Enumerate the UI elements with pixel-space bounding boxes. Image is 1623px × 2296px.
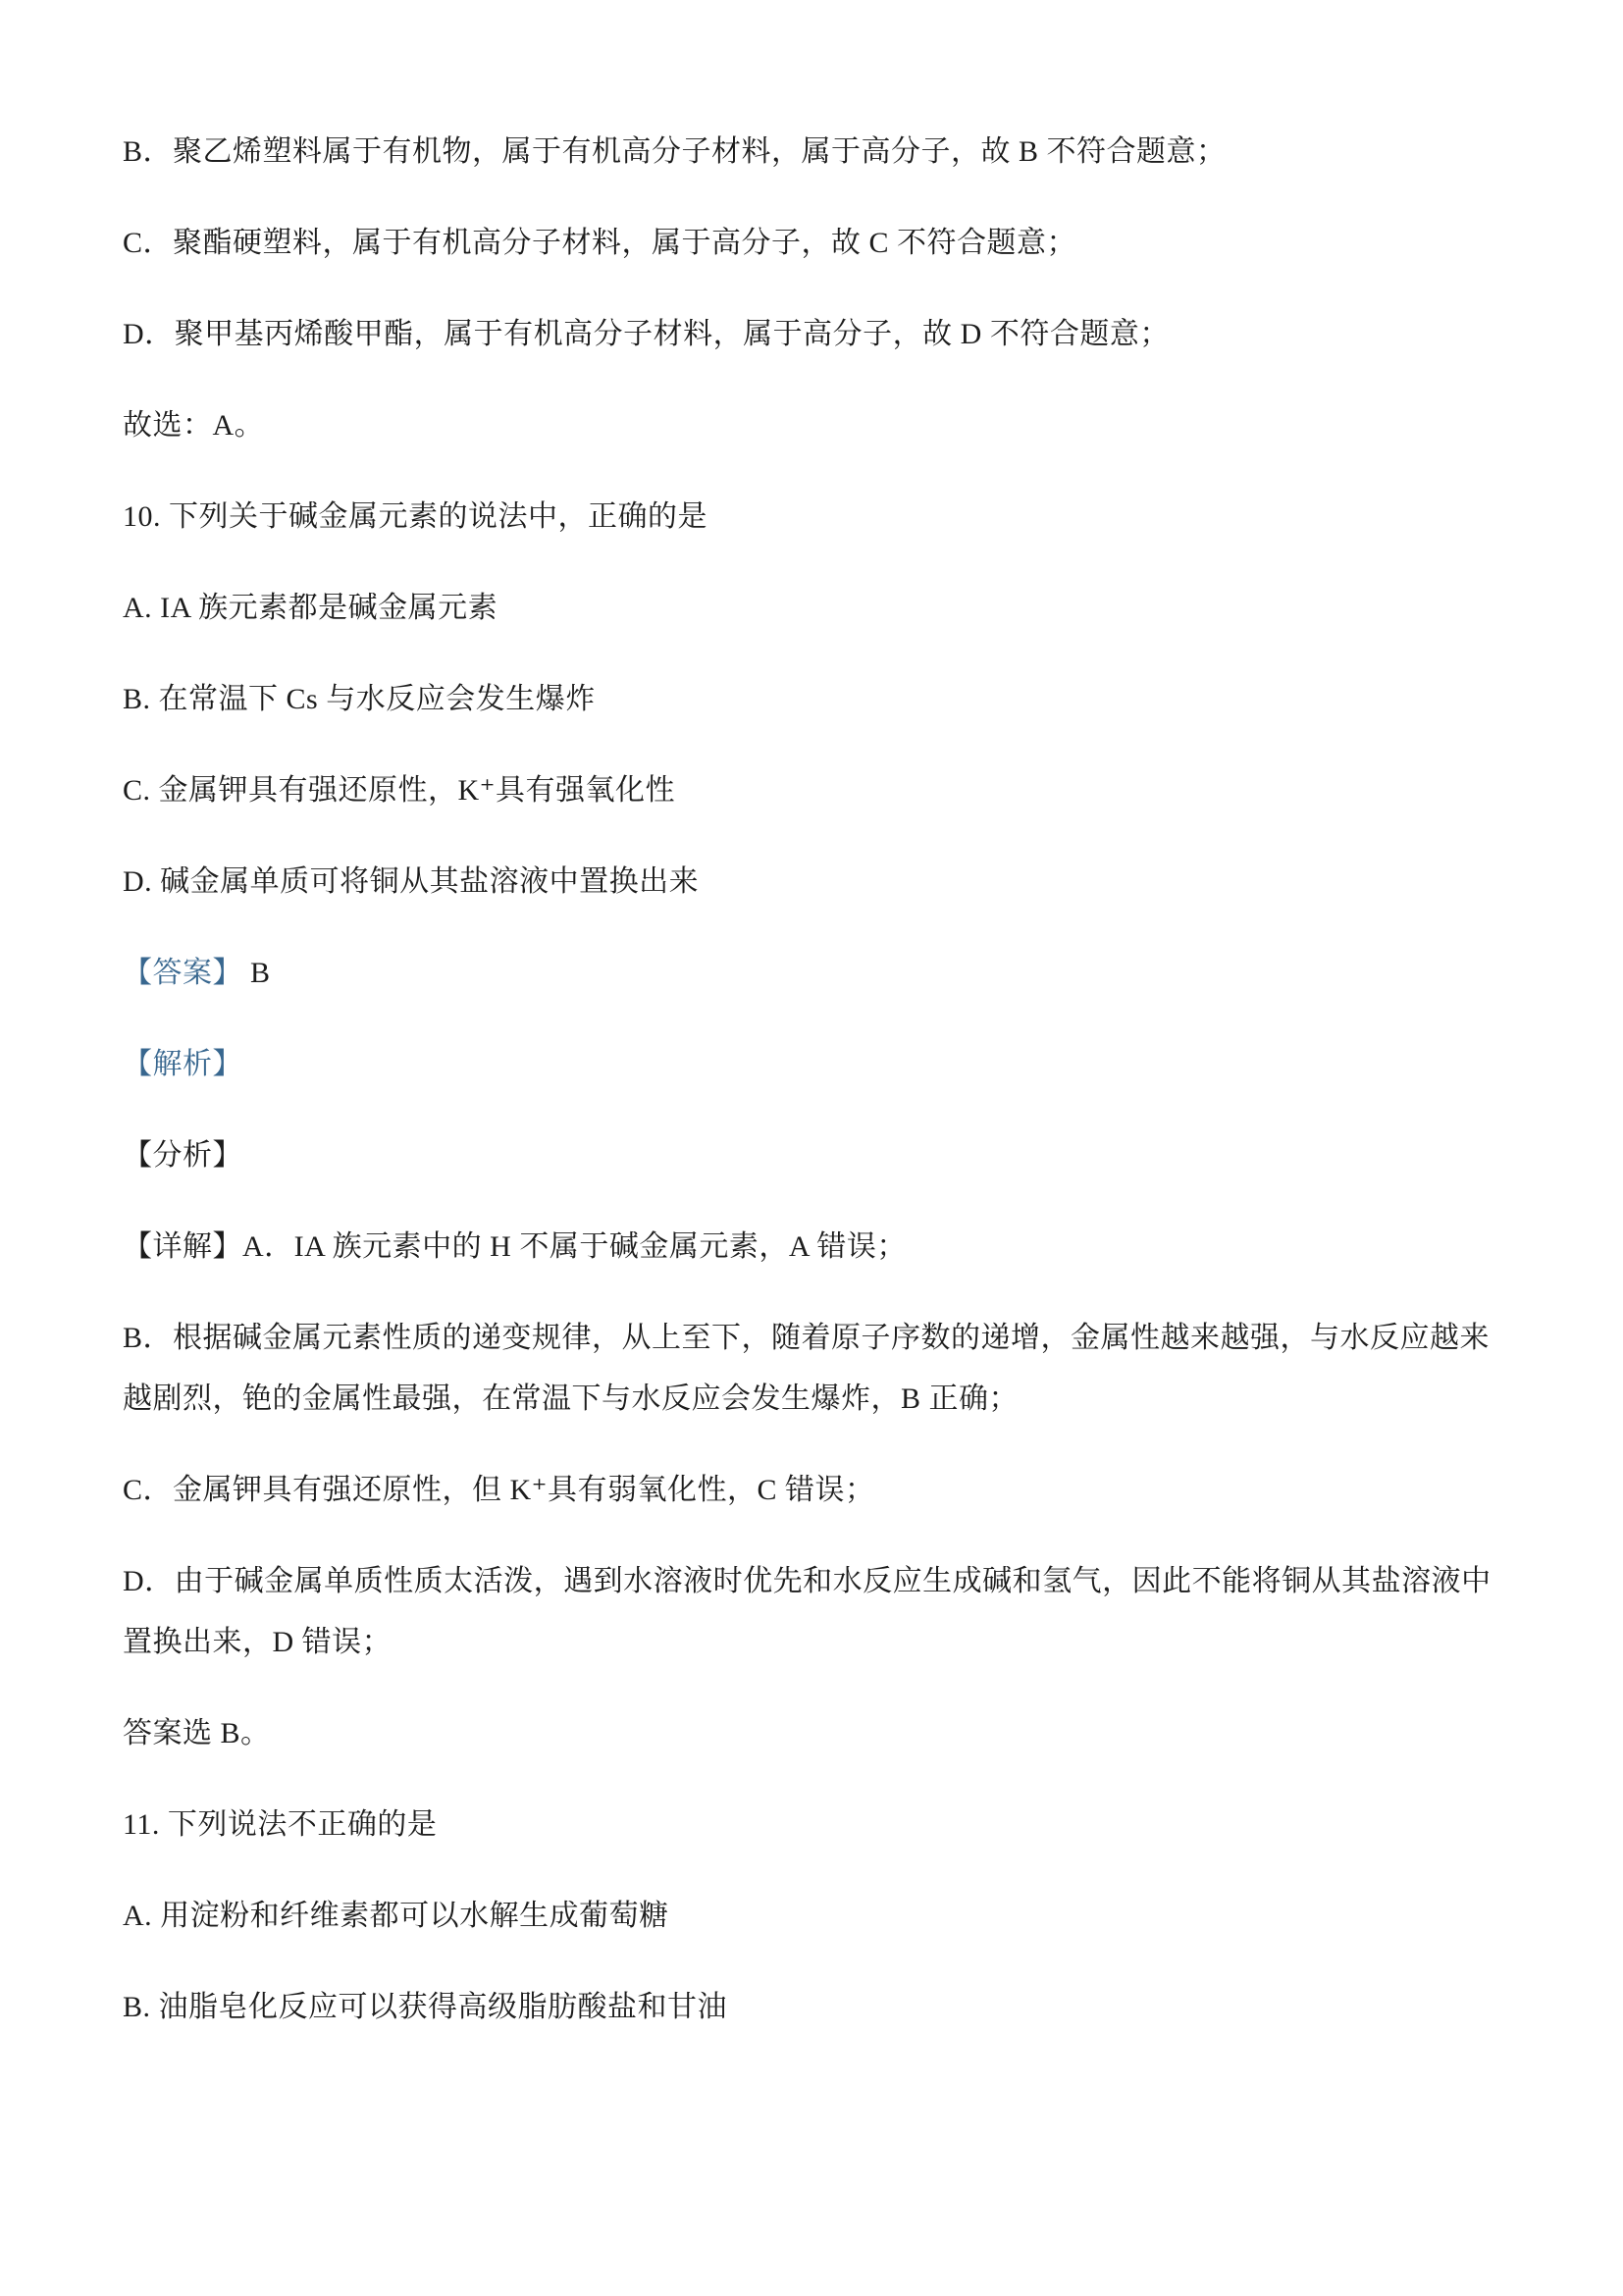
question-10-detail-c: C．金属钾具有强还原性，但 K⁺具有弱氧化性，C 错误； <box>123 1460 1505 1521</box>
prev-explanation-conclusion: 故选：A。 <box>123 395 1505 456</box>
exam-answer-page: B．聚乙烯塑料属于有机物，属于有机高分子材料，属于高分子，故 B 不符合题意； … <box>0 0 1623 2296</box>
prev-explanation-option-d: D．聚甲基丙烯酸甲酯，属于有机高分子材料，属于高分子，故 D 不符合题意； <box>123 304 1505 365</box>
question-10-option-b: B. 在常温下 Cs 与水反应会发生爆炸 <box>123 669 1505 730</box>
question-11-option-b: B. 油脂皂化反应可以获得高级脂肪酸盐和甘油 <box>123 1977 1505 2038</box>
question-11-option-a: A. 用淀粉和纤维素都可以水解生成葡萄糖 <box>123 1886 1505 1947</box>
question-10-answer-line: 【答案】B <box>123 943 1505 1004</box>
question-10-option-d: D. 碱金属单质可将铜从其盐溶液中置换出来 <box>123 852 1505 913</box>
answer-label: 【答案】 <box>123 957 242 989</box>
question-10-option-c: C. 金属钾具有强还原性，K⁺具有强氧化性 <box>123 760 1505 821</box>
question-10-stem: 10. 下列关于碱金属元素的说法中，正确的是 <box>123 487 1505 548</box>
question-11-stem: 11. 下列说法不正确的是 <box>123 1795 1505 1855</box>
answer-value: B <box>250 957 271 989</box>
question-10-detail-a: 【详解】A．IA 族元素中的 H 不属于碱金属元素，A 错误； <box>123 1217 1505 1278</box>
question-10-detail-d: D．由于碱金属单质性质太活泼，遇到水溶液时优先和水反应生成碱和氢气，因此不能将铜… <box>123 1551 1505 1673</box>
question-10-fenxi-label: 【分析】 <box>123 1125 1505 1186</box>
question-10-conclusion: 答案选 B。 <box>123 1703 1505 1764</box>
question-10-detail-b: B．根据碱金属元素性质的递变规律，从上至下，随着原子序数的递增，金属性越来越强，… <box>123 1308 1505 1430</box>
question-10-analysis-label: 【解析】 <box>123 1034 1505 1095</box>
prev-explanation-option-b: B．聚乙烯塑料属于有机物，属于有机高分子材料，属于高分子，故 B 不符合题意； <box>123 122 1505 183</box>
prev-explanation-option-c: C．聚酯硬塑料，属于有机高分子材料，属于高分子，故 C 不符合题意； <box>123 213 1505 274</box>
question-10-option-a: A. IA 族元素都是碱金属元素 <box>123 578 1505 639</box>
